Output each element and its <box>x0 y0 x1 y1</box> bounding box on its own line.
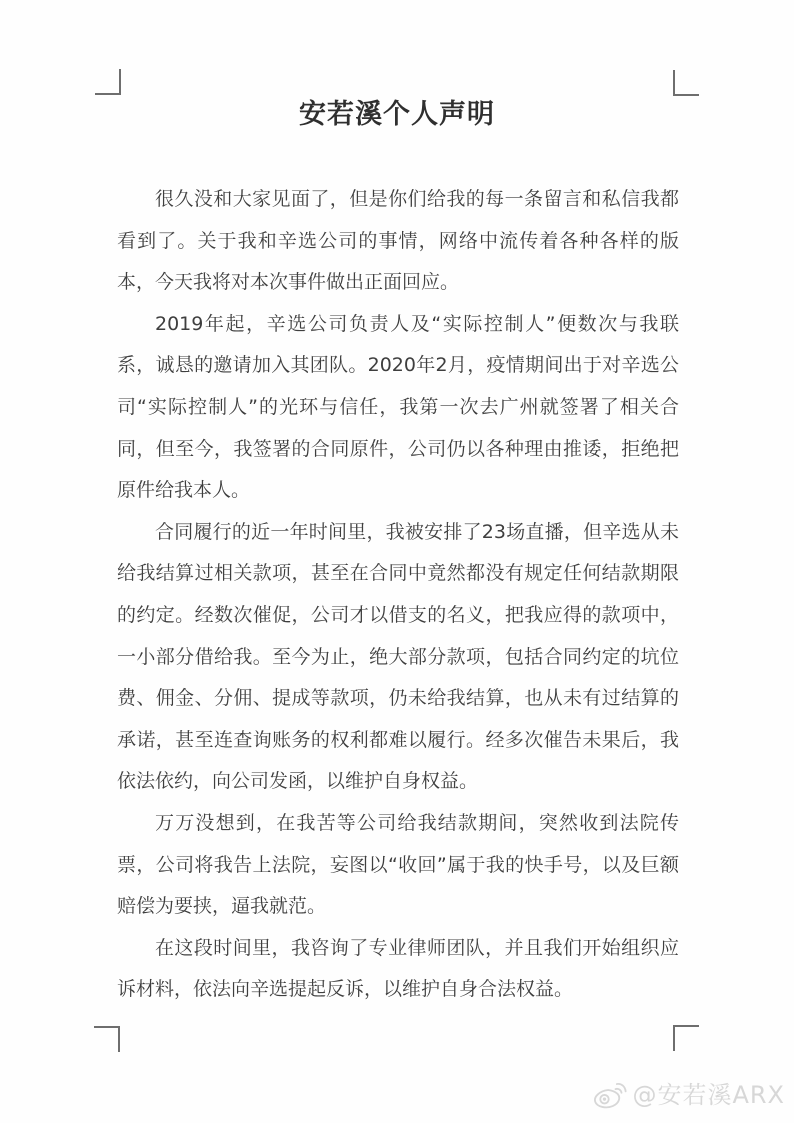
weibo-logo-icon <box>593 1081 627 1110</box>
margin-crop-mark-bottom-right <box>673 1025 699 1051</box>
document-page: 安若溪个人声明 很久没和大家见面了，但是你们给我的每一条留言和私信我都看到了。关… <box>0 0 794 1123</box>
document-title: 安若溪个人声明 <box>116 97 678 133</box>
statement-paragraph-2: 2019年起，辛选公司负责人及“实际控制人”便数次与我联系，诚恳的邀请加入其团队… <box>117 304 679 512</box>
margin-crop-mark-bottom-left <box>94 1026 120 1052</box>
margin-crop-mark-top-right <box>673 70 699 96</box>
weibo-watermark: @安若溪ARX <box>593 1080 785 1110</box>
statement-paragraph-4: 万万没想到，在我苦等公司给我结款期间，突然收到法院传票，公司将我告上法院，妄图以… <box>117 803 679 928</box>
watermark-handle: @安若溪ARX <box>632 1080 785 1110</box>
margin-crop-mark-top-left <box>95 69 121 95</box>
statement-paragraph-1: 很久没和大家见面了，但是你们给我的每一条留言和私信我都看到了。关于我和辛选公司的… <box>117 179 679 304</box>
document-body: 很久没和大家见面了，但是你们给我的每一条留言和私信我都看到了。关于我和辛选公司的… <box>117 179 679 1011</box>
statement-paragraph-3: 合同履行的近一年时间里，我被安排了23场直播，但辛选从未给我结算过相关款项，甚至… <box>117 512 679 803</box>
statement-paragraph-5: 在这段时间里，我咨询了专业律师团队，并且我们开始组织应诉材料，依法向辛选提起反诉… <box>117 928 679 1011</box>
